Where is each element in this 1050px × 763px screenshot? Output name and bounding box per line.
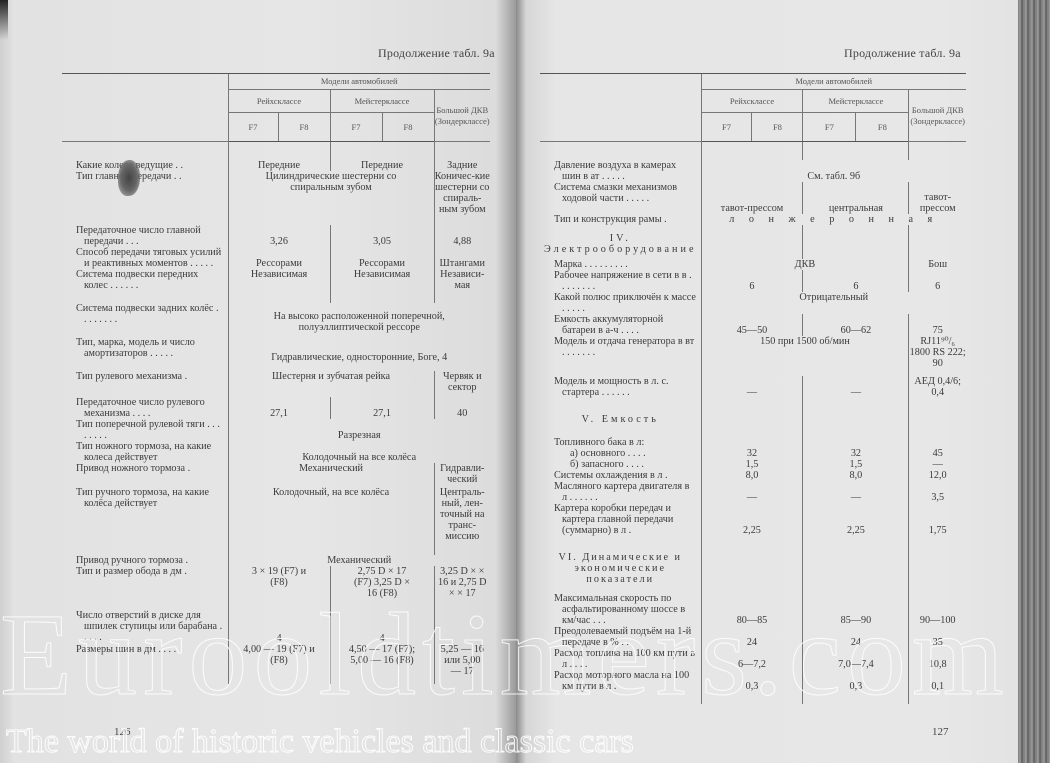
row-label: Модель и мощность в л. с. стартера . . .…	[540, 376, 701, 398]
cell-reich: 24	[701, 626, 803, 648]
header-f7: F7	[330, 113, 382, 142]
cell-merged: Шестерня и зубчатая рейка	[228, 371, 434, 397]
cell-meister: Передние	[330, 160, 434, 171]
cell-reich: 6	[701, 270, 803, 292]
page-number-left: 126	[114, 726, 131, 738]
cell-meister: 3,05	[330, 225, 434, 247]
row-label: Система подвески передних колес . . . . …	[62, 269, 228, 303]
row-label: Передаточное число рулевого механизма . …	[62, 397, 228, 419]
cell-reich: 80—85	[701, 589, 803, 626]
cell-reich: 8,0	[701, 470, 803, 481]
cell-reich: Рессорами	[228, 247, 330, 269]
header-blank	[62, 74, 228, 142]
row-label: Картера коробки передач и картера главно…	[540, 503, 701, 536]
row-label: Масляного картера двигателя в л . . . . …	[540, 481, 701, 503]
cell-big: Централь-ный, лен-точный на транс-миссию	[434, 487, 490, 555]
table-continuation-label: Продолжение табл. 9а	[844, 46, 961, 61]
cell-merged-all: Механический	[228, 555, 490, 566]
cell-big: Штангами	[434, 247, 490, 269]
cell-merged-all: На высоко расположенной поперечной, полу…	[228, 303, 490, 337]
section-heading: IV. Электрооборудование	[540, 225, 701, 259]
cell-meister: —	[803, 376, 909, 398]
cell-big: Задние	[434, 160, 490, 171]
row-label: Тип, марка, модель и число амортизаторов…	[62, 337, 228, 371]
header-f8: F8	[278, 113, 330, 142]
cell-merged: Цилиндрические шестерни со спиральным зу…	[228, 171, 434, 225]
cell-big: 10,8	[909, 648, 966, 670]
cell-meister: —	[803, 481, 909, 503]
cell-big: 40	[434, 397, 490, 419]
cell-meister: 7,0—7,4	[803, 648, 909, 670]
cell-meister: центральная	[803, 182, 909, 214]
section-heading: VI. Динамические и экономические показат…	[540, 536, 701, 589]
row-label: Тип рулевого механизма .	[62, 371, 228, 397]
row-label: Способ передачи тяговых усилий и реактив…	[62, 247, 228, 269]
header-f7: F7	[228, 113, 278, 142]
cell-big: 90—100	[909, 589, 966, 626]
cell-big: RJ11⁹⁰/₆ 1800 RS 222; 90	[909, 336, 966, 376]
row-label: Тип ручного тормоза, на какие колёса дей…	[62, 487, 228, 555]
row-label: Тип главной передачи . .	[62, 171, 228, 225]
cell-reich: 32	[701, 448, 803, 459]
cell-meister: 32	[803, 448, 909, 459]
cell-reich: 6—7,2	[701, 648, 803, 670]
cell-big: тавот-прессом	[909, 182, 966, 214]
cell-merged: Колодочный, на все колёса	[228, 487, 434, 555]
cell-meister: 24	[803, 626, 909, 648]
cell-reich: 0,3	[701, 670, 803, 704]
cell-big: 6	[909, 270, 966, 292]
cell-big: 3,5	[909, 481, 966, 503]
cell-meister: 4,50 — 17 (F7); 5,00 — 16 (F8)	[330, 644, 434, 684]
cell-big: 4,88	[434, 225, 490, 247]
header-f7: F7	[701, 113, 752, 142]
cell-merged-all: Отрицательный	[701, 292, 966, 314]
cell-merged-all: л о н ж е р о н н а я	[701, 214, 966, 225]
cell-reich: 2,25	[701, 503, 803, 536]
cell-reich: Независимая	[228, 269, 330, 303]
cell-big: Гидравли-ческий	[434, 463, 490, 487]
row-label: Привод ручного тормоза .	[62, 555, 228, 566]
row-label: Давление воздуха в камерах шин в ат . . …	[540, 160, 701, 182]
book-page-edges	[1018, 0, 1050, 763]
row-label: Тип поперечной рулевой тяги . . . . . . …	[62, 419, 228, 441]
header-meisterklasse: Мейстерклассе	[803, 90, 909, 113]
row-label: Число отверстий в диске для шпилек ступи…	[62, 610, 228, 644]
ink-stain	[118, 160, 140, 196]
row-label: Рабочее напряжение в сети в в . . . . . …	[540, 270, 701, 292]
cell-big: Червяк и сектор	[434, 371, 490, 397]
row-label: Система подвески задних колёс . . . . . …	[62, 303, 228, 337]
row-label: Тип и конструкция рамы .	[540, 214, 701, 225]
header-big-dkw: Большой ДКВ (Зондерклассе)	[909, 90, 966, 142]
row-label: Привод ножного тормоза .	[62, 463, 228, 487]
row-label: Максимальная скорость по асфальтированно…	[540, 589, 701, 626]
row-label: Тип ножного тормоза, на какие колеса дей…	[62, 441, 228, 463]
cell-reich: Передние	[228, 160, 330, 171]
page-number-right: 127	[932, 726, 949, 738]
header-f8: F8	[382, 113, 434, 142]
cell-big: 35	[909, 626, 966, 648]
row-label: Передаточное число главной передачи . . …	[62, 225, 228, 247]
cell-big: 75	[909, 314, 966, 336]
row-label: Система смазки механизмов ходовой части …	[540, 182, 701, 214]
row-label: Марка . . . . . . . . .	[540, 259, 701, 270]
row-label: Топливного бака в л:	[540, 429, 701, 448]
spec-table-right: Модели автомобилей Рейхсклассе Мейстеркл…	[540, 73, 966, 704]
cell-big: Бош	[909, 259, 966, 270]
cell-reich: 3,26	[228, 225, 330, 247]
header-reichsklasse: Рейхсклассе	[228, 90, 330, 113]
cell-reich: 4	[228, 610, 330, 644]
cell-meister: 2,25	[803, 503, 909, 536]
cell-merged-all: Разрезная	[228, 419, 490, 441]
cell-big: 3,25 D × × 16 и 2,75 D × × 17	[434, 566, 490, 610]
row-label: Расход моторного масла на 100 км пути в …	[540, 670, 701, 704]
header-models-group: Модели автомобилей	[228, 74, 490, 90]
row-label: Размеры шин в дм . . . .	[62, 644, 228, 684]
header-meisterklasse: Мейстерклассе	[330, 90, 434, 113]
page-corner-shadow	[0, 0, 8, 40]
cell-meister: 4	[330, 610, 434, 644]
cell-big: 5,25 — 16 или 5,00 — 17	[434, 644, 490, 684]
cell-merged-all: Гидравлические, односторонние, Боге, 4	[228, 337, 490, 371]
header-f8: F8	[856, 113, 909, 142]
cell-reich: 27,1	[228, 397, 330, 419]
cell-big: 12,0	[909, 470, 966, 481]
cell-meister: 27,1	[330, 397, 434, 419]
cell-reich: 1,5	[701, 459, 803, 470]
header-f7: F7	[803, 113, 856, 142]
cell-meister: 6	[803, 270, 909, 292]
cell-meister: 60—62	[803, 314, 909, 336]
cell-meister: 85—90	[803, 589, 909, 626]
right-page: Продолжение табл. 9а Модели автомобилей …	[516, 0, 1050, 763]
header-big-dkw: Большой ДКВ (Зондерклассе)	[434, 90, 490, 142]
cell-merged: Механический	[228, 463, 434, 487]
row-label: Модель и отдача генератора в вт . . . . …	[540, 336, 701, 376]
cell-merged: ДКВ	[701, 259, 909, 270]
cell-merged-all: См. табл. 9б	[701, 160, 966, 182]
cell-meister: Независимая	[330, 269, 434, 303]
cell-reich: 4,00 — 19 (F7) и (F8)	[228, 644, 330, 684]
row-label: а) основного . . . .	[540, 448, 701, 459]
row-label: Расход топлива на 100 км пути в л . . . …	[540, 648, 701, 670]
cell-big: Независи-мая	[434, 269, 490, 303]
cell-big: —	[909, 459, 966, 470]
cell-reich: 45—50	[701, 314, 803, 336]
cell-big: АЕД 0,4/6; 0,4	[909, 376, 966, 398]
cell-meister: 2,75 D × 17 (F7) 3,25 D × 16 (F8)	[330, 566, 434, 610]
cell-big: Коничес-кие шестерни со спираль-ным зубо…	[434, 171, 490, 225]
cell-reich: —	[701, 376, 803, 398]
row-label: Какой полюс приключён к массе . . . . .	[540, 292, 701, 314]
row-label: Тип и размер обода в дм .	[62, 566, 228, 610]
header-f8: F8	[752, 113, 803, 142]
header-reichsklasse: Рейхсклассе	[701, 90, 803, 113]
row-label: б) запасного . . . .	[540, 459, 701, 470]
cell-meister: Рессорами	[330, 247, 434, 269]
cell-meister: 1,5	[803, 459, 909, 470]
cell-reich: тавот-прессом	[701, 182, 803, 214]
cell-big	[434, 610, 490, 644]
cell-big: 0,1	[909, 670, 966, 704]
row-label: Какие колеса ведущие . .	[62, 160, 228, 171]
header-models-group: Модели автомобилей	[701, 74, 966, 90]
cell-big: 45	[909, 448, 966, 459]
row-label: Системы охлаждения в л .	[540, 470, 701, 481]
cell-merged: 150 при 1500 об/мин	[701, 336, 909, 376]
cell-merged-all: Колодочный на все колёса	[228, 441, 490, 463]
cell-reich: —	[701, 481, 803, 503]
cell-meister: 8,0	[803, 470, 909, 481]
section-heading: V. Емкость	[540, 398, 701, 429]
cell-meister: 0,3	[803, 670, 909, 704]
header-blank	[540, 74, 701, 142]
row-label: Преодолеваемый подъём на 1-й передаче в …	[540, 626, 701, 648]
row-label: Емкость аккумуляторной батареи в а-ч . .…	[540, 314, 701, 336]
left-page: Продолжение табл. 9а Модели автомобилей …	[0, 0, 516, 763]
table-continuation-label: Продолжение табл. 9а	[378, 46, 495, 61]
cell-big: 1,75	[909, 503, 966, 536]
cell-reich: 3 × 19 (F7) и (F8)	[228, 566, 330, 610]
